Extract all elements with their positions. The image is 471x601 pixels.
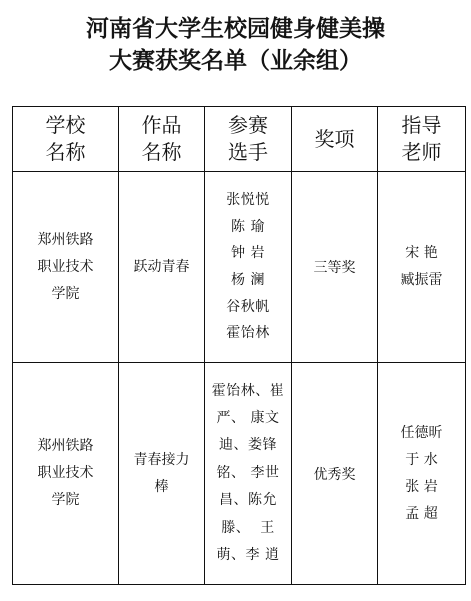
awards-table: 学校 名称 作品 名称 参赛 选手 奖项 指导 老师 郑州铁路 职业技术 学院 … xyxy=(12,106,466,585)
header-line: 奖项 xyxy=(292,126,377,153)
player-line: 杨 澜 xyxy=(205,267,291,294)
player-line: 滕、 王 xyxy=(205,515,291,542)
coach-cell: 宋 艳 臧振雷 xyxy=(378,172,466,363)
school-line: 职业技术 xyxy=(13,254,118,281)
player-line: 严、 康文 xyxy=(205,405,291,432)
coach-line: 孟 超 xyxy=(378,501,465,528)
player-line: 霍饴林 xyxy=(205,320,291,347)
work-line: 青春接力 xyxy=(119,447,204,474)
document-title-line-1: 河南省大学生校园健身健美操 xyxy=(0,10,471,43)
player-line: 谷秋帆 xyxy=(205,294,291,321)
school-line: 郑州铁路 xyxy=(13,227,118,254)
player-line: 铭、 李世 xyxy=(205,460,291,487)
header-players: 参赛 选手 xyxy=(205,107,292,172)
school-cell: 郑州铁路 职业技术 学院 xyxy=(13,363,119,585)
table-row: 郑州铁路 职业技术 学院 跃动青春 张悦悦 陈 瑜 钟 岩 杨 澜 谷秋帆 霍饴… xyxy=(13,172,466,363)
work-line: 棒 xyxy=(119,474,204,501)
award-cell: 优秀奖 xyxy=(292,363,378,585)
work-line: 跃动青春 xyxy=(119,254,204,281)
player-line: 萌、李 逍 xyxy=(205,542,291,569)
header-line: 指导 xyxy=(378,112,465,139)
coach-cell: 任德昕 于 水 张 岩 孟 超 xyxy=(378,363,466,585)
header-line: 学校 xyxy=(13,112,118,139)
header-line: 老师 xyxy=(378,139,465,166)
header-school-name: 学校 名称 xyxy=(13,107,119,172)
header-line: 名称 xyxy=(13,139,118,166)
header-award: 奖项 xyxy=(292,107,378,172)
coach-line: 于 水 xyxy=(378,447,465,474)
school-line: 学院 xyxy=(13,487,118,514)
document-title-line-2: 大赛获奖名单（业余组） xyxy=(0,42,471,75)
award-cell: 三等奖 xyxy=(292,172,378,363)
players-cell: 霍饴林、崔 严、 康文 迪、娄锋 铭、 李世 昌、陈允 滕、 王 萌、李 逍 xyxy=(205,363,292,585)
header-line: 参赛 xyxy=(205,112,291,139)
school-line: 学院 xyxy=(13,281,118,308)
header-work-name: 作品 名称 xyxy=(119,107,205,172)
header-coach: 指导 老师 xyxy=(378,107,466,172)
table-row: 郑州铁路 职业技术 学院 青春接力 棒 霍饴林、崔 严、 康文 迪、娄锋 铭、 … xyxy=(13,363,466,585)
coach-line: 臧振雷 xyxy=(378,267,465,294)
header-line: 作品 xyxy=(119,112,204,139)
header-line: 名称 xyxy=(119,139,204,166)
school-line: 职业技术 xyxy=(13,460,118,487)
table-header-row: 学校 名称 作品 名称 参赛 选手 奖项 指导 老师 xyxy=(13,107,466,172)
coach-line: 任德昕 xyxy=(378,420,465,447)
players-cell: 张悦悦 陈 瑜 钟 岩 杨 澜 谷秋帆 霍饴林 xyxy=(205,172,292,363)
player-line: 钟 岩 xyxy=(205,240,291,267)
player-line: 昌、陈允 xyxy=(205,487,291,514)
player-line: 张悦悦 xyxy=(205,187,291,214)
header-line: 选手 xyxy=(205,139,291,166)
player-line: 霍饴林、崔 xyxy=(205,378,291,405)
school-line: 郑州铁路 xyxy=(13,433,118,460)
coach-line: 宋 艳 xyxy=(378,240,465,267)
player-line: 迪、娄锋 xyxy=(205,432,291,459)
work-cell: 青春接力 棒 xyxy=(119,363,205,585)
coach-line: 张 岩 xyxy=(378,474,465,501)
player-line: 陈 瑜 xyxy=(205,214,291,241)
school-cell: 郑州铁路 职业技术 学院 xyxy=(13,172,119,363)
work-cell: 跃动青春 xyxy=(119,172,205,363)
